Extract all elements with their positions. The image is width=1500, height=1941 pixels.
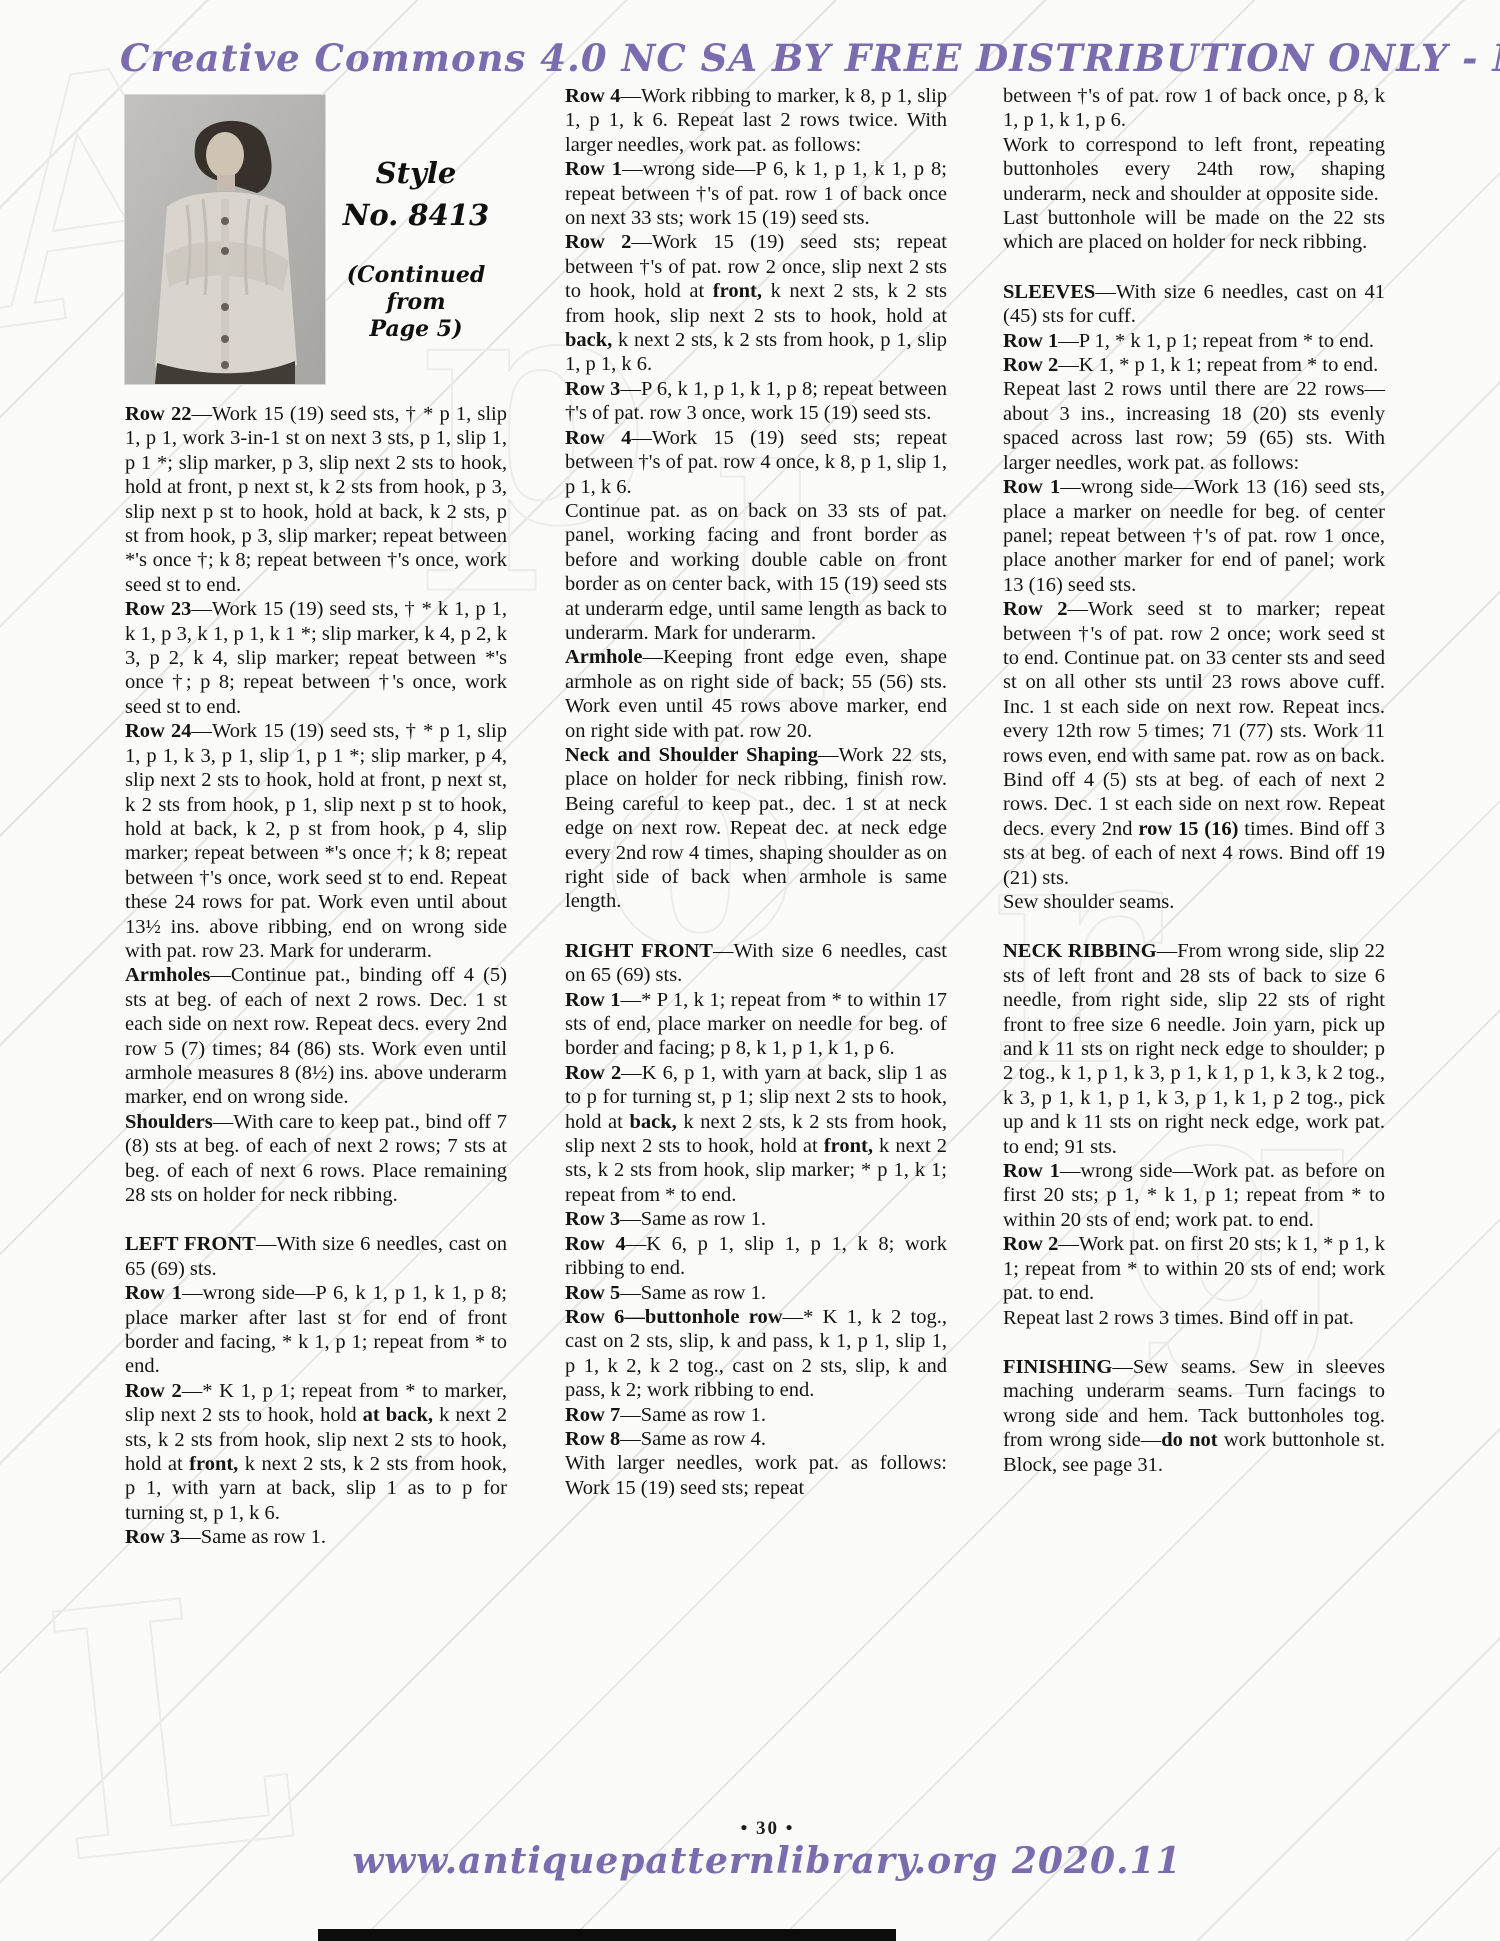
neck-shoulder-shaping-section: Neck and Shoulder Shaping—Work 22 sts, p…: [565, 743, 947, 914]
scanned-pattern-page: AplorgL Creative Commons 4.0 NC SA BY FR…: [0, 0, 1500, 1941]
section-gap: [1003, 255, 1385, 280]
left-front-row-1: Row 1—wrong side—P 6, k 1, p 1, k 1, p 8…: [125, 1281, 507, 1379]
right-front-row-1: Row 1—* P 1, k 1; repeat from * to withi…: [565, 988, 947, 1061]
style-label: Style: [336, 156, 496, 190]
row-24-instruction: Row 24—Work 15 (19) seed sts, † * p 1, s…: [125, 719, 507, 963]
license-banner: Creative Commons 4.0 NC SA BY FREE DISTR…: [120, 36, 1095, 80]
right-front-row-6-buttonhole: Row 6—buttonhole row—* K 1, k 2 tog., ca…: [565, 1305, 947, 1403]
neck-ribbing-section: NECK RIBBING—From wrong side, slip 22 st…: [1003, 939, 1385, 1159]
sleeve-row-1: Row 1—P 1, * k 1, p 1; repeat from * to …: [1003, 329, 1385, 353]
right-front-row-2: Row 2—K 6, p 1, with yarn at back, slip …: [565, 1061, 947, 1207]
right-front-row-4: Row 4—K 6, p 1, slip 1, p 1, k 8; work r…: [565, 1232, 947, 1281]
right-front-row-5: Row 5—Same as row 1.: [565, 1281, 947, 1305]
continued-line: Page 5): [336, 316, 496, 343]
continued-line: (Continued: [336, 262, 496, 289]
left-front-pattern-row-1: Row 1—wrong side—P 6, k 1, p 1, k 1, p 8…: [565, 157, 947, 230]
cardigan-model-illustration: [125, 95, 325, 384]
section-gap: [565, 914, 947, 939]
neck-ribbing-row-1: Row 1—wrong side—Work pat. as before on …: [1003, 1159, 1385, 1232]
continued-line: from: [336, 289, 496, 316]
column-center: Row 4—Work ribbing to marker, k 8, p 1, …: [565, 84, 947, 1500]
section-gap: [125, 1207, 507, 1232]
row-22-instruction: Row 22—Work 15 (19) seed sts, † * p 1, s…: [125, 402, 507, 597]
armholes-section: Armholes—Continue pat., binding off 4 (5…: [125, 963, 507, 1109]
finishing-section: FINISHING—Sew seams. Sew in sleeves mach…: [1003, 1355, 1385, 1477]
sleeve-row-2: Row 2—K 1, * p 1, k 1; repeat from * to …: [1003, 353, 1385, 377]
style-caption: Style No. 8413 (Continued from Page 5): [336, 156, 496, 343]
column-right: between †'s of pat. row 1 of back once, …: [1003, 84, 1385, 1477]
model-photo: [125, 95, 325, 384]
correspond-note: Work to correspond to left front, repeat…: [1003, 133, 1385, 206]
sleeve-pattern-row-2: Row 2—Work seed st to marker; repeat bet…: [1003, 597, 1385, 890]
continue-pattern-note: Continue pat. as on back on 33 sts of pa…: [565, 499, 947, 645]
section-gap: [1003, 914, 1385, 939]
sleeve-pattern-row-1: Row 1—wrong side—Work 13 (16) seed sts, …: [1003, 475, 1385, 597]
watermark-letter: L: [33, 1548, 306, 1911]
last-buttonhole-note: Last buttonhole will be made on the 22 s…: [1003, 206, 1385, 255]
section-gap: [1003, 1330, 1385, 1355]
style-number: No. 8413: [336, 198, 496, 232]
right-front-row-3: Row 3—Same as row 1.: [565, 1207, 947, 1231]
armhole-section: Armhole—Keeping front edge even, shape a…: [565, 645, 947, 743]
left-front-row-2: Row 2—* K 1, p 1; repeat from * to marke…: [125, 1379, 507, 1525]
pattern-continuation: between †'s of pat. row 1 of back once, …: [1003, 84, 1385, 133]
right-front-row-7: Row 7—Same as row 1.: [565, 1403, 947, 1427]
repeat-bind-off-note: Repeat last 2 rows 3 times. Bind off in …: [1003, 1306, 1385, 1330]
sleeves-section: SLEEVES—With size 6 needles, cast on 41 …: [1003, 280, 1385, 329]
left-front-row-4: Row 4—Work ribbing to marker, k 8, p 1, …: [565, 84, 947, 157]
sew-shoulder-seams-note: Sew shoulder seams.: [1003, 890, 1385, 914]
right-front-row-8: Row 8—Same as row 4.: [565, 1427, 947, 1451]
page-number: • 30 •: [565, 1818, 970, 1840]
neck-ribbing-row-2: Row 2—Work pat. on first 20 sts; k 1, * …: [1003, 1232, 1385, 1305]
left-front-pattern-row-3: Row 3—P 6, k 1, p 1, k 1, p 8; repeat be…: [565, 377, 947, 426]
row-23-instruction: Row 23—Work 15 (19) seed sts, † * k 1, p…: [125, 597, 507, 719]
sleeve-ribbing-note: Repeat last 2 rows until there are 22 ro…: [1003, 377, 1385, 475]
left-front-row-3: Row 3—Same as row 1.: [125, 1525, 507, 1549]
left-front-pattern-row-2: Row 2—Work 15 (19) seed sts; repeat betw…: [565, 230, 947, 376]
shoulders-section: Shoulders—With care to keep pat., bind o…: [125, 1110, 507, 1208]
column-left: Row 22—Work 15 (19) seed sts, † * p 1, s…: [125, 402, 507, 1550]
left-front-pattern-row-4: Row 4—Work 15 (19) seed sts; repeat betw…: [565, 426, 947, 499]
scan-artifact-bar: [318, 1929, 896, 1941]
left-front-section: LEFT FRONT—With size 6 needles, cast on …: [125, 1232, 507, 1281]
continued-note: (Continued from Page 5): [336, 262, 496, 343]
right-front-section: RIGHT FRONT—With size 6 needles, cast on…: [565, 939, 947, 988]
site-credit: www.antiquepatternlibrary.org 2020.11: [267, 1840, 1267, 1882]
larger-needles-note: With larger needles, work pat. as follow…: [565, 1451, 947, 1500]
